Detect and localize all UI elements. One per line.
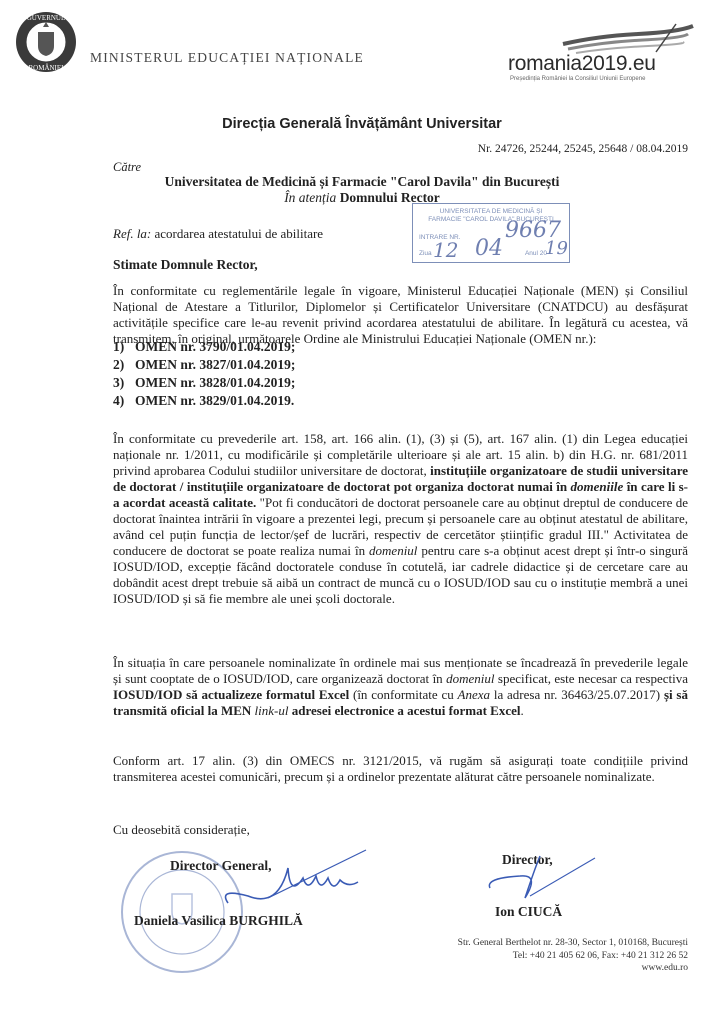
- recipient-institution: Universitatea de Medicină și Farmacie "C…: [0, 174, 724, 190]
- intake-month: 04: [475, 236, 503, 261]
- reference-text: acordarea atestatului de abilitare: [155, 226, 324, 241]
- paragraph-legal-basis: În conformitate cu prevederile art. 158,…: [113, 431, 688, 607]
- presidency-wave-icon: [558, 22, 698, 56]
- intake-year: 19: [545, 238, 568, 259]
- orders-list: 1)OMEN nr. 3790/01.04.2019; 2)OMEN nr. 3…: [113, 338, 295, 410]
- intake-stamp: UNIVERSITATEA DE MEDICINĂ ȘI FARMACIE "C…: [412, 203, 570, 263]
- government-emblem-icon: GUVERNUL ROMÂNIEI: [14, 10, 78, 74]
- director-signature-icon: [480, 848, 600, 908]
- order-item: 1)OMEN nr. 3790/01.04.2019;: [113, 338, 295, 356]
- order-item: 3)OMEN nr. 3828/01.04.2019;: [113, 374, 295, 392]
- department-title: Direcția Generală Învățământ Universitar: [0, 116, 724, 132]
- addressee-label: Către: [113, 160, 141, 175]
- reference-line: Ref. la: acordarea atestatului de abilit…: [113, 226, 323, 242]
- svg-text:ROMÂNIEI: ROMÂNIEI: [29, 64, 65, 72]
- paragraph-excel-request: În situația în care persoanele nominaliz…: [113, 655, 688, 719]
- director-general-signature-icon: [208, 848, 368, 918]
- reference-label: Ref. la:: [113, 226, 151, 241]
- recipient-block: Universitatea de Medicină și Farmacie "C…: [0, 174, 724, 206]
- director-name: Ion CIUCĂ: [495, 904, 562, 920]
- intake-day: 12: [433, 238, 458, 262]
- presidency-logo-text: romania2019.eu: [508, 52, 718, 76]
- svg-text:GUVERNUL: GUVERNUL: [27, 14, 66, 22]
- director-general-name: Daniela Vasilica BURGHILĂ: [134, 913, 303, 929]
- footer-phone: Tel: +40 21 405 62 06, Fax: +40 21 312 2…: [458, 950, 688, 963]
- footer-contact: Str. General Berthelot nr. 28-30, Sector…: [458, 937, 688, 975]
- presidency-logo-subtitle: Președinția României la Consiliul Uniuni…: [510, 76, 718, 82]
- order-item: 4)OMEN nr. 3829/01.04.2019.: [113, 392, 295, 410]
- order-item: 2)OMEN nr. 3827/01.04.2019;: [113, 356, 295, 374]
- footer-address: Str. General Berthelot nr. 28-30, Sector…: [458, 937, 688, 950]
- registration-number: Nr. 24726, 25244, 25245, 25648 / 08.04.2…: [478, 143, 688, 155]
- salutation: Stimate Domnule Rector,: [113, 257, 258, 273]
- presidency-logo: romania2019.eu Președinția României la C…: [508, 22, 718, 82]
- closing-formula: Cu deosebită considerație,: [113, 822, 250, 838]
- ministry-name: MINISTERUL EDUCAȚIEI NAȚIONALE: [90, 50, 364, 66]
- paragraph-transmission: Conform art. 17 alin. (3) din OMECS nr. …: [113, 753, 688, 785]
- recipient-attention: În atenția Domnului Rector: [0, 190, 724, 206]
- footer-website[interactable]: www.edu.ro: [458, 962, 688, 975]
